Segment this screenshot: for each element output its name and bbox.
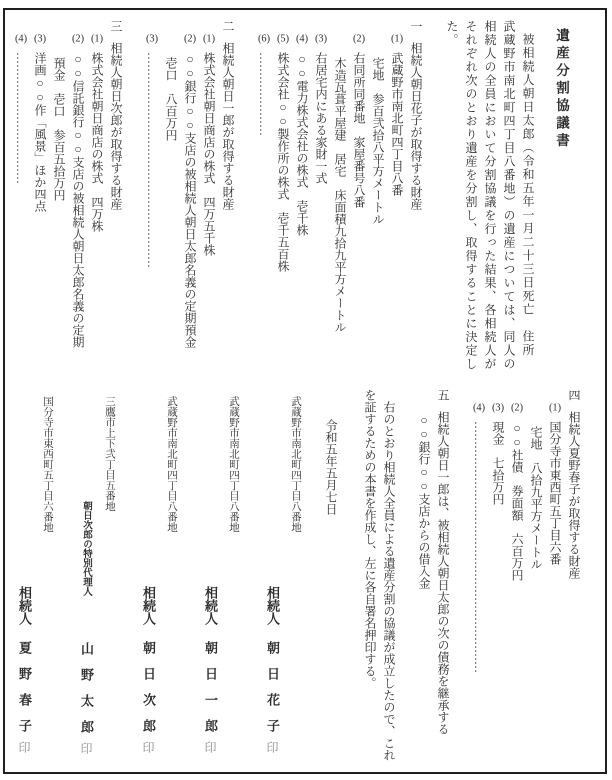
- item-number: (3): [492, 402, 504, 413]
- section-number: 二: [221, 20, 235, 32]
- item-number: (1): [91, 33, 103, 44]
- signature-line: 相続人朝 日 花 子印: [259, 389, 285, 766]
- signature-role: 相続人: [136, 586, 161, 635]
- signature-address: 三鷹市上下弐丁目五番地: [99, 389, 120, 766]
- section-number: 五: [436, 389, 450, 401]
- asset-item: (1)武蔵野市南北町四丁目八番 宅地 参百弐拾八平方メートル: [368, 20, 406, 378]
- item-text: 国分寺市東西町五丁目六番 宅地 八拾九平方メートル: [529, 421, 562, 570]
- item-text: 洋画○○作「風景」ほか四点: [33, 52, 47, 212]
- item-text: 現金 七拾万円: [491, 421, 505, 505]
- seal-mark: 印: [141, 741, 155, 753]
- signature-name: 山 野 太 郎: [79, 642, 94, 733]
- item-number: (3): [34, 33, 46, 44]
- seal-mark: 印: [203, 741, 217, 753]
- item-text: ○○銀行○○支店の被相続人朝日太郎名義の定期預金 壱口 八百万円: [164, 52, 197, 348]
- item-number: (1): [391, 33, 403, 44]
- asset-item: (1)株式会社朝日商店の株式 四万株: [87, 20, 106, 378]
- signature-role: 相続人: [260, 586, 285, 635]
- asset-item: (3)洋画○○作「風景」ほか四点: [30, 20, 49, 378]
- signature-block-special-representative: 三鷹市上下弐丁目五番地 朝日次郎の特別代理人山 野 太 郎印: [73, 389, 120, 766]
- asset-item: (3)右居宅内にある家財一式: [311, 20, 330, 378]
- asset-item: (1)国分寺市東西町五丁目六番 宅地 八拾九平方メートル: [526, 389, 564, 766]
- item-number: (6): [258, 33, 270, 44]
- section-2: 二相続人朝日一郎が取得する財産 (1)株式会社朝日商店の株式 四万五千株 (2)…: [142, 20, 237, 378]
- item-text: 株式会社朝日商店の株式 四万株: [90, 52, 104, 232]
- section-5: 五相続人朝日一郎は、被相続人朝日太郎の次の債務を継承する ○○銀行○○支店からの…: [414, 389, 452, 766]
- page-upper-band: 遺産分割協議書 被相続人朝日太郎（令和五年一月二十三日死亡 住所 武蔵野市南北町…: [5, 10, 583, 382]
- asset-item: (2)右同所同番地 家屋番号八番 木造瓦葺平屋建 居宅 床面積九拾九平方メートル: [330, 20, 368, 378]
- signature-line: 相続人夏 野 春 子印: [11, 389, 37, 766]
- document-title: 遺産分割協議書: [552, 20, 571, 378]
- signature-line: 相続人朝 日 一 郎印: [197, 389, 223, 766]
- section-number: 三: [109, 20, 123, 32]
- section-number: 一: [409, 20, 423, 32]
- signature-address: 武蔵野市南北町四丁目八番地: [223, 389, 244, 766]
- section-heading-text: 相続人夏野春子が取得する財産: [567, 411, 581, 579]
- section-number: 四: [567, 389, 581, 401]
- item-number: (3): [315, 33, 327, 44]
- signature-name: 朝 日 一 郎: [203, 641, 218, 732]
- signature-name: 朝 日 次 郎: [141, 641, 156, 732]
- debt-item: ○○銀行○○支店からの借入金: [414, 389, 433, 766]
- signature-name: 朝 日 花 子: [265, 641, 280, 732]
- asset-item-ellipsis: (4)……………………………: [11, 20, 30, 378]
- asset-item: (2)○○社債 券面額 六百万円: [507, 389, 526, 766]
- item-number: (2): [353, 33, 365, 44]
- item-text: 右同所同番地 家屋番号八番 木造瓦葺平屋建 居宅 床面積九拾九平方メートル: [333, 52, 366, 333]
- item-text: ○○電力株式会社の株式 壱千株: [295, 52, 309, 236]
- item-number: (4): [296, 33, 308, 44]
- item-number: (1): [203, 33, 215, 44]
- item-text: 右居宅内にある家財一式: [314, 52, 328, 184]
- asset-item-ellipsis: (4)………………………………………………………: [469, 389, 488, 766]
- document-page: 遺産分割協議書 被相続人朝日太郎（令和五年一月二十三日死亡 住所 武蔵野市南北町…: [3, 8, 607, 774]
- asset-item: (3)現金 七拾万円: [488, 389, 507, 766]
- section-3-heading: 三相続人朝日次郎が取得する財産: [106, 20, 125, 378]
- section-5-heading: 五相続人朝日一郎は、被相続人朝日太郎の次の債務を継承する: [433, 389, 452, 766]
- item-dots: ………………………………………………………: [472, 421, 486, 673]
- closing-paragraph: 右のとおり相続人全員による遺産分割の協議が成立したので、これを証するための本書を…: [360, 389, 398, 766]
- signature-role: 相続人: [198, 586, 223, 635]
- section-3: 三相続人朝日次郎が取得する財産 (1)株式会社朝日商店の株式 四万株 (2)○○…: [11, 20, 125, 378]
- signature-address: 武蔵野市南北町四丁目八番地: [161, 389, 182, 766]
- item-text: ○○銀行○○支店からの借入金: [417, 413, 431, 589]
- item-dots: …………………: [257, 52, 271, 136]
- section-heading-text: 相続人朝日花子が取得する財産: [409, 42, 423, 210]
- signature-address: 武蔵野市南北町四丁目八番地: [285, 389, 306, 766]
- asset-item: (4)○○電力株式会社の株式 壱千株: [292, 20, 311, 378]
- seal-mark: 印: [79, 742, 93, 754]
- asset-item: (1)株式会社朝日商店の株式 四万五千株: [199, 20, 218, 378]
- item-number: (2): [511, 402, 523, 413]
- item-number: (4): [473, 402, 485, 413]
- signature-line: 相続人朝 日 次 郎印: [135, 389, 161, 766]
- item-number: (5): [277, 33, 289, 44]
- item-text: 武蔵野市南北町四丁目八番 宅地 参百弐拾八平方メートル: [371, 52, 404, 225]
- signature-address: 国分寺市東西町五丁目六番地: [37, 389, 58, 766]
- item-dots: ………………………………………………: [145, 52, 159, 268]
- item-number: (1): [549, 402, 561, 413]
- seal-mark: 印: [17, 741, 31, 753]
- item-number: (2): [184, 33, 196, 44]
- item-text: 株式会社○○製作所の株式 壱千五百株: [276, 52, 290, 272]
- section-heading-text: 相続人朝日次郎が取得する財産: [109, 42, 123, 210]
- item-text: ○○信託銀行○○支店の被相続人朝日太郎名義の定期 預金 壱口 参百五拾万円: [52, 52, 85, 348]
- section-heading-text: 相続人朝日一郎が取得する財産: [221, 42, 235, 210]
- item-text: 株式会社朝日商店の株式 四万五千株: [202, 52, 216, 256]
- asset-item: (5)株式会社○○製作所の株式 壱千五百株: [273, 20, 292, 378]
- signature-name: 夏 野 春 子: [17, 641, 32, 732]
- section-1-heading: 一相続人朝日花子が取得する財産: [406, 20, 425, 378]
- section-1: 一相続人朝日花子が取得する財産 (1)武蔵野市南北町四丁目八番 宅地 参百弐拾八…: [254, 20, 425, 378]
- section-heading-text: 相続人朝日一郎は、被相続人朝日太郎の次の債務を継承する: [436, 411, 450, 735]
- asset-item: (2)○○銀行○○支店の被相続人朝日太郎名義の定期預金 壱口 八百万円: [161, 20, 199, 378]
- signature-role: 朝日次郎の特別代理人: [73, 501, 98, 636]
- preamble-paragraph: 被相続人朝日太郎（令和五年一月二十三日死亡 住所 武蔵野市南北町四丁目八番地）の…: [442, 20, 537, 378]
- section-4-heading: 四相続人夏野春子が取得する財産: [564, 389, 583, 766]
- signature-line: 朝日次郎の特別代理人山 野 太 郎印: [73, 389, 99, 766]
- signature-block-ichiro: 武蔵野市南北町四丁目八番地 相続人朝 日 一 郎印: [197, 389, 244, 766]
- signature-block-jiro: 武蔵野市南北町四丁目八番地 相続人朝 日 次 郎印: [135, 389, 182, 766]
- section-4: 四相続人夏野春子が取得する財産 (1)国分寺市東西町五丁目六番 宅地 八拾九平方…: [469, 389, 583, 766]
- item-dots: ……………………………: [14, 52, 28, 184]
- signature-block-hanako: 武蔵野市南北町四丁目八番地 相続人朝 日 花 子印: [259, 389, 306, 766]
- item-number: (4): [15, 33, 27, 44]
- signature-role: 相続人: [12, 586, 37, 635]
- page-lower-band: 四相続人夏野春子が取得する財産 (1)国分寺市東西町五丁目六番 宅地 八拾九平方…: [5, 382, 597, 770]
- asset-item-ellipsis: (6)…………………: [254, 20, 273, 378]
- asset-item-ellipsis: (3)………………………………………………: [142, 20, 161, 378]
- item-number: (2): [72, 33, 84, 44]
- seal-mark: 印: [265, 741, 279, 753]
- signature-block-haruko: 国分寺市東西町五丁目六番地 相続人夏 野 春 子印: [11, 389, 58, 766]
- document-date: 令和五年五月七日: [321, 389, 340, 766]
- asset-item: (2)○○信託銀行○○支店の被相続人朝日太郎名義の定期 預金 壱口 参百五拾万円: [49, 20, 87, 378]
- section-2-heading: 二相続人朝日一郎が取得する財産: [218, 20, 237, 378]
- item-number: (3): [146, 33, 158, 44]
- item-text: ○○社債 券面額 六百万円: [510, 421, 524, 581]
